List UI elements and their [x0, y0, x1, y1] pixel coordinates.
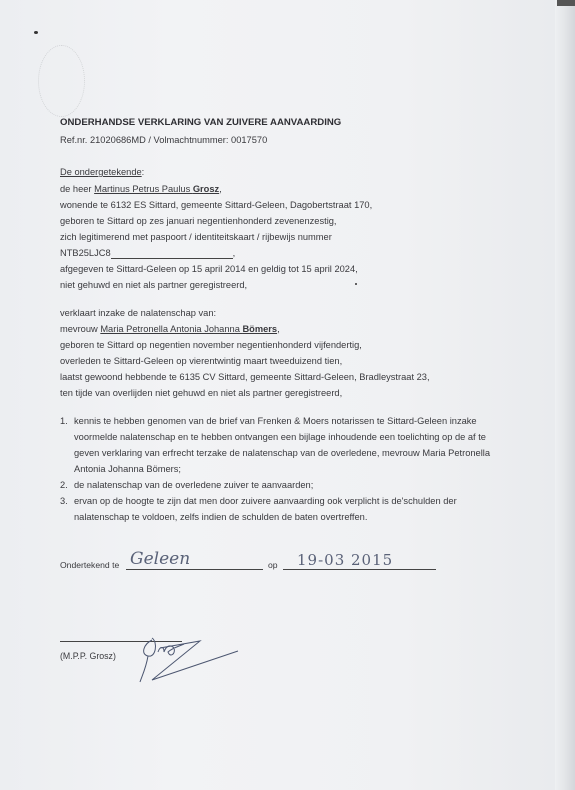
reference-number: Ref.nr. 21020686MD / Volmachtnummer: 001… — [60, 134, 267, 146]
person-id-line: zich legitimerend met paspoort / identit… — [60, 231, 332, 243]
deceased-prefix: mevrouw — [60, 324, 100, 334]
person-status: niet gehuwd en niet als partner geregist… — [60, 279, 247, 291]
scan-speck — [355, 283, 357, 285]
page-edge-shadow — [555, 0, 575, 790]
id-blank-line — [111, 248, 233, 259]
scan-corner-mark — [557, 0, 575, 6]
signed-on-label: op — [268, 559, 278, 571]
person-id-number-line: NTB25LJC8, — [60, 247, 235, 259]
list-item-1-line-1: kennis te hebben genomen van de brief va… — [74, 415, 477, 427]
person-prefix: de heer — [60, 184, 94, 194]
list-item-2-line-1: de nalatenschap van de overledene zuiver… — [74, 479, 313, 491]
person-birth: geboren te Sittard op zes januari negent… — [60, 215, 337, 227]
document-title: ONDERHANDSE VERKLARING VAN ZUIVERE AANVA… — [60, 117, 341, 129]
signed-place-line — [126, 569, 263, 570]
person-surname: Grosz — [193, 184, 219, 194]
list-number-1: 1. — [60, 415, 68, 427]
list-item-3-line-2: nalatenschap te voldoen, zelfs indien de… — [74, 511, 367, 523]
signed-at-label: Ondertekend te — [60, 559, 119, 571]
deceased-birth: geboren te Sittard op negentien november… — [60, 339, 362, 351]
punct: , — [219, 184, 222, 194]
declares-line: verklaart inzake de nalatenschap van: — [60, 307, 216, 319]
handwritten-signature — [130, 630, 240, 690]
person-address: wonende te 6132 ES Sittard, gemeente Sit… — [60, 199, 372, 211]
signatory-name: (M.P.P. Grosz) — [60, 650, 116, 662]
list-number-3: 3. — [60, 495, 68, 507]
list-item-1-line-3: geven verklaring van erfrecht terzake de… — [74, 447, 490, 459]
signed-date-handwritten: 19-03 2015 — [297, 551, 393, 569]
undersigned-heading-text: De ondergetekende — [60, 167, 142, 177]
undersigned-heading: De ondergetekende: — [60, 166, 144, 178]
person-id-issued: afgegeven te Sittard-Geleen op 15 april … — [60, 263, 358, 275]
list-item-1-line-2: voormelde nalatenschap en te hebben ontv… — [74, 431, 486, 443]
colon: : — [142, 167, 145, 177]
signed-date-line — [283, 569, 436, 570]
deceased-name-line: mevrouw Maria Petronella Antonia Johanna… — [60, 323, 280, 335]
deceased-given-names: Maria Petronella Antonia Johanna — [100, 324, 242, 334]
signed-place-handwritten: Geleen — [130, 549, 190, 569]
person-id-number: NTB25LJC8 — [60, 248, 111, 258]
deceased-death: overleden te Sittard-Geleen op vierentwi… — [60, 355, 342, 367]
person-name-line: de heer Martinus Petrus Paulus Grosz, — [60, 183, 222, 195]
deceased-full-name: Maria Petronella Antonia Johanna Bömers — [100, 324, 277, 334]
list-item-3-line-1: ervan op de hoogte te zijn dat men door … — [74, 495, 457, 507]
deceased-address: laatst gewoond hebbende te 6135 CV Sitta… — [60, 371, 430, 383]
faded-stamp — [38, 45, 85, 117]
deceased-status: ten tijde van overlijden niet gehuwd en … — [60, 387, 342, 399]
person-full-name: Martinus Petrus Paulus Grosz — [94, 184, 219, 194]
document-page: ONDERHANDSE VERKLARING VAN ZUIVERE AANVA… — [0, 0, 575, 790]
deceased-surname: Bömers — [242, 324, 277, 334]
person-given-names: Martinus Petrus Paulus — [94, 184, 193, 194]
scan-speck — [34, 31, 38, 34]
list-number-2: 2. — [60, 479, 68, 491]
punct: , — [277, 324, 280, 334]
punct: , — [233, 248, 236, 258]
list-item-1-line-4: Antonia Johanna Bömers; — [74, 463, 181, 475]
